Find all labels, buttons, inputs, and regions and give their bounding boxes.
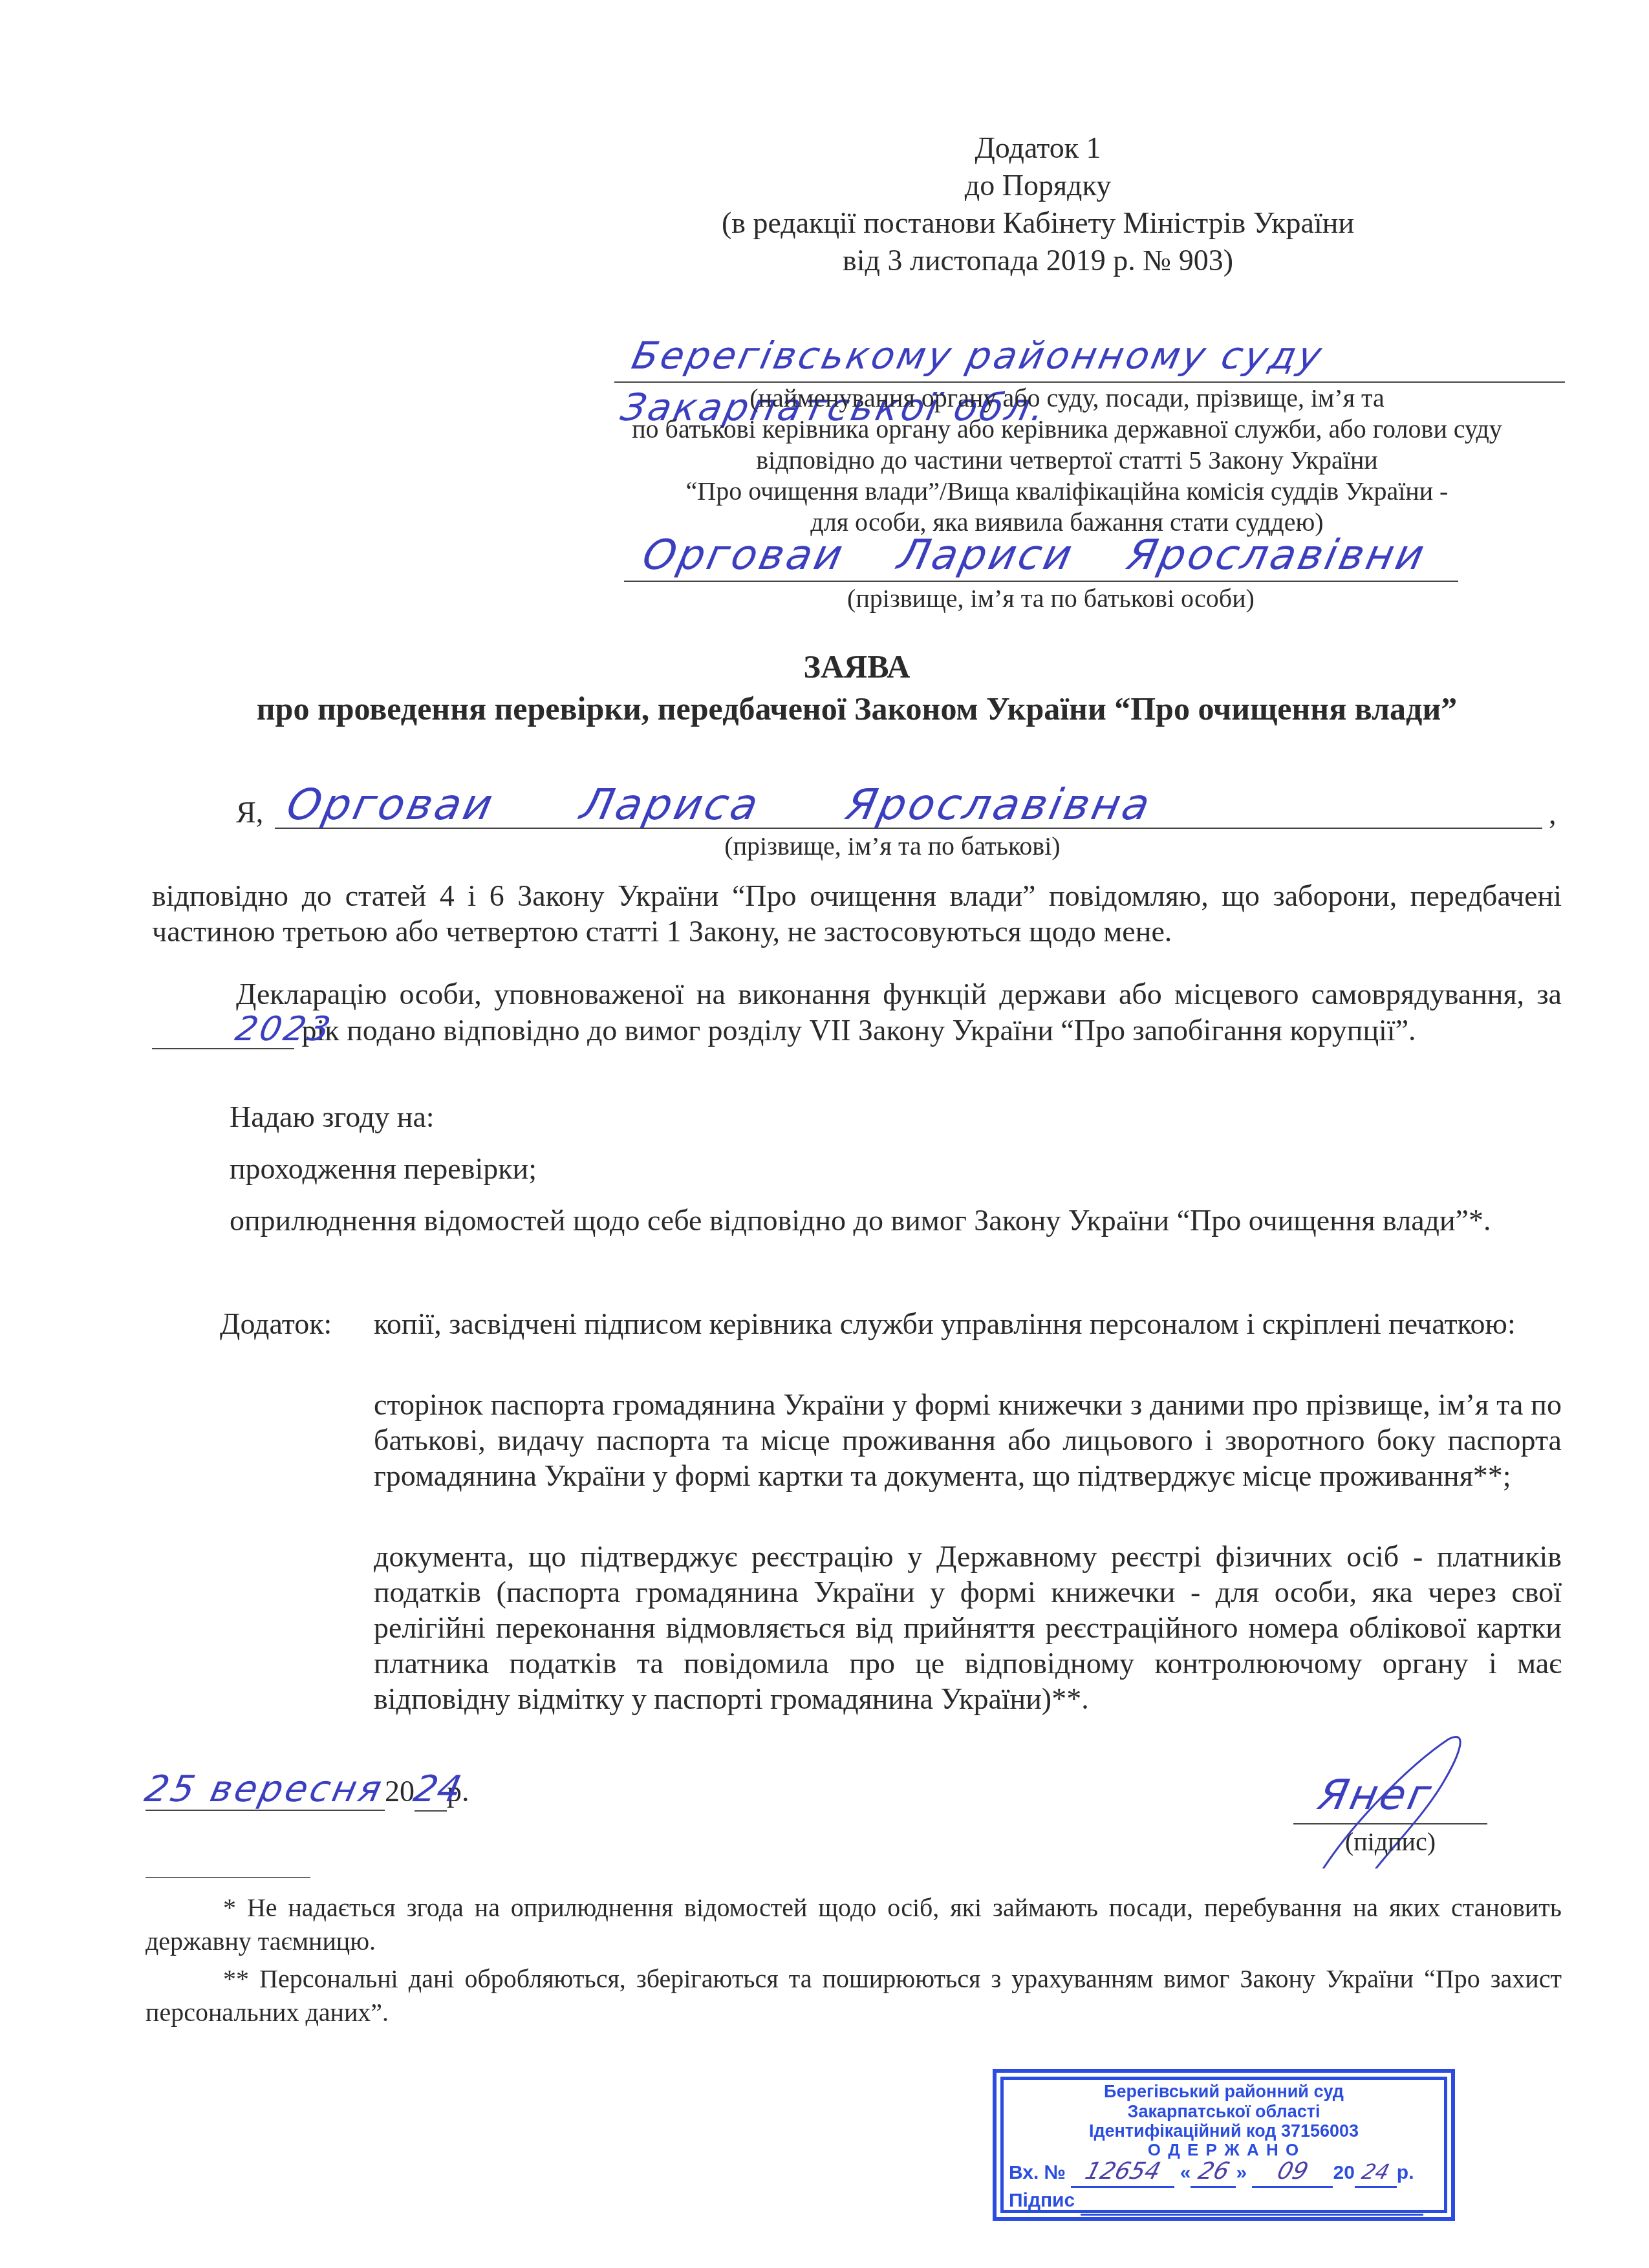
footnote: ** Персональні дані обробляються, зберіг… [145, 1962, 1562, 2029]
consent-item: оприлюднення відомостей щодо себе відпов… [152, 1203, 1562, 1238]
statement-caption: (прізвище, ім’я та по батькові) [698, 831, 1086, 862]
date-line: 25 вересня 2024р. [145, 1768, 469, 1813]
paragraph-prohibitions: відповідно до статей 4 і 6 Закону Україн… [152, 878, 1562, 949]
stamp-signature-row: Підпис [1004, 2188, 1444, 2216]
date-day-month-field: 25 вересня [145, 1770, 385, 1811]
consent-item: проходження перевірки; [230, 1151, 537, 1186]
footnote-separator [145, 1877, 310, 1878]
header-line: (в редакції постанови Кабінету Міністрів… [673, 204, 1403, 242]
stamp-incoming-row: Вх. № 12654 «26» 092024р. [1004, 2159, 1444, 2188]
applicant-caption: (прізвище, ім’я та по батькові особи) [647, 583, 1455, 614]
header-line: від 3 листопада 2019 р. № 903) [673, 242, 1403, 279]
statement-suffix: , [1549, 797, 1557, 831]
attachment-label: Додаток: [220, 1306, 332, 1342]
date-year-field: 24 [415, 1768, 447, 1812]
header-block: Додаток 1 до Порядку (в редакції постано… [673, 129, 1403, 279]
signature-caption: (підпис) [1293, 1826, 1487, 1857]
footnote: * Не надається згода на оприлюднення від… [145, 1891, 1562, 1958]
applicant-field: Орговаи Лариси Ярославівни [624, 530, 1458, 582]
page-title: ЗАЯВА [129, 647, 1584, 687]
attachment-item: документа, що підтверджує реєстрацію у Д… [374, 1539, 1562, 1717]
consent-intro: Надаю згоду на: [230, 1099, 435, 1135]
header-line: до Порядку [673, 167, 1403, 204]
statement-name-field: Орговаи Лариса Ярославівна [275, 782, 1542, 829]
declaration-year-field: 2023 [152, 1012, 294, 1049]
applicant-handwriting: Орговаи Лариси Ярославівни [619, 530, 1431, 581]
statement-name-handwriting: Орговаи Лариса Ярославівна [270, 782, 1156, 828]
attachment-item: копії, засвідчені підписом керівника слу… [374, 1306, 1562, 1342]
signature-field: Янег [1293, 1746, 1487, 1824]
addressee-caption: (найменування органу або суду, посади, п… [582, 383, 1552, 538]
paragraph-declaration: Декларацію особи, уповноваженої на викон… [152, 976, 1562, 1049]
statement-prefix: Я, [236, 795, 263, 829]
header-line: Додаток 1 [673, 129, 1403, 167]
addressee-field: Берегівському районному суду Закарпатськ… [614, 330, 1565, 383]
attachment-item: сторінок паспорта громадянина України у … [374, 1387, 1562, 1493]
stamp-status: О Д Е Р Ж А Н О [1004, 2141, 1444, 2159]
statement-line: Я, Орговаи Лариса Ярославівна , [236, 782, 1568, 834]
stamp-region: Закарпатської області [1004, 2102, 1444, 2121]
received-stamp: Берегівський районний суд Закарпатської … [993, 2069, 1455, 2221]
stamp-code: Ідентифікаційний код 37156003 [1004, 2121, 1444, 2141]
page-subtitle: про проведення перевірки, передбаченої З… [129, 689, 1584, 729]
stamp-court-name: Берегівський районний суд [1004, 2080, 1444, 2102]
